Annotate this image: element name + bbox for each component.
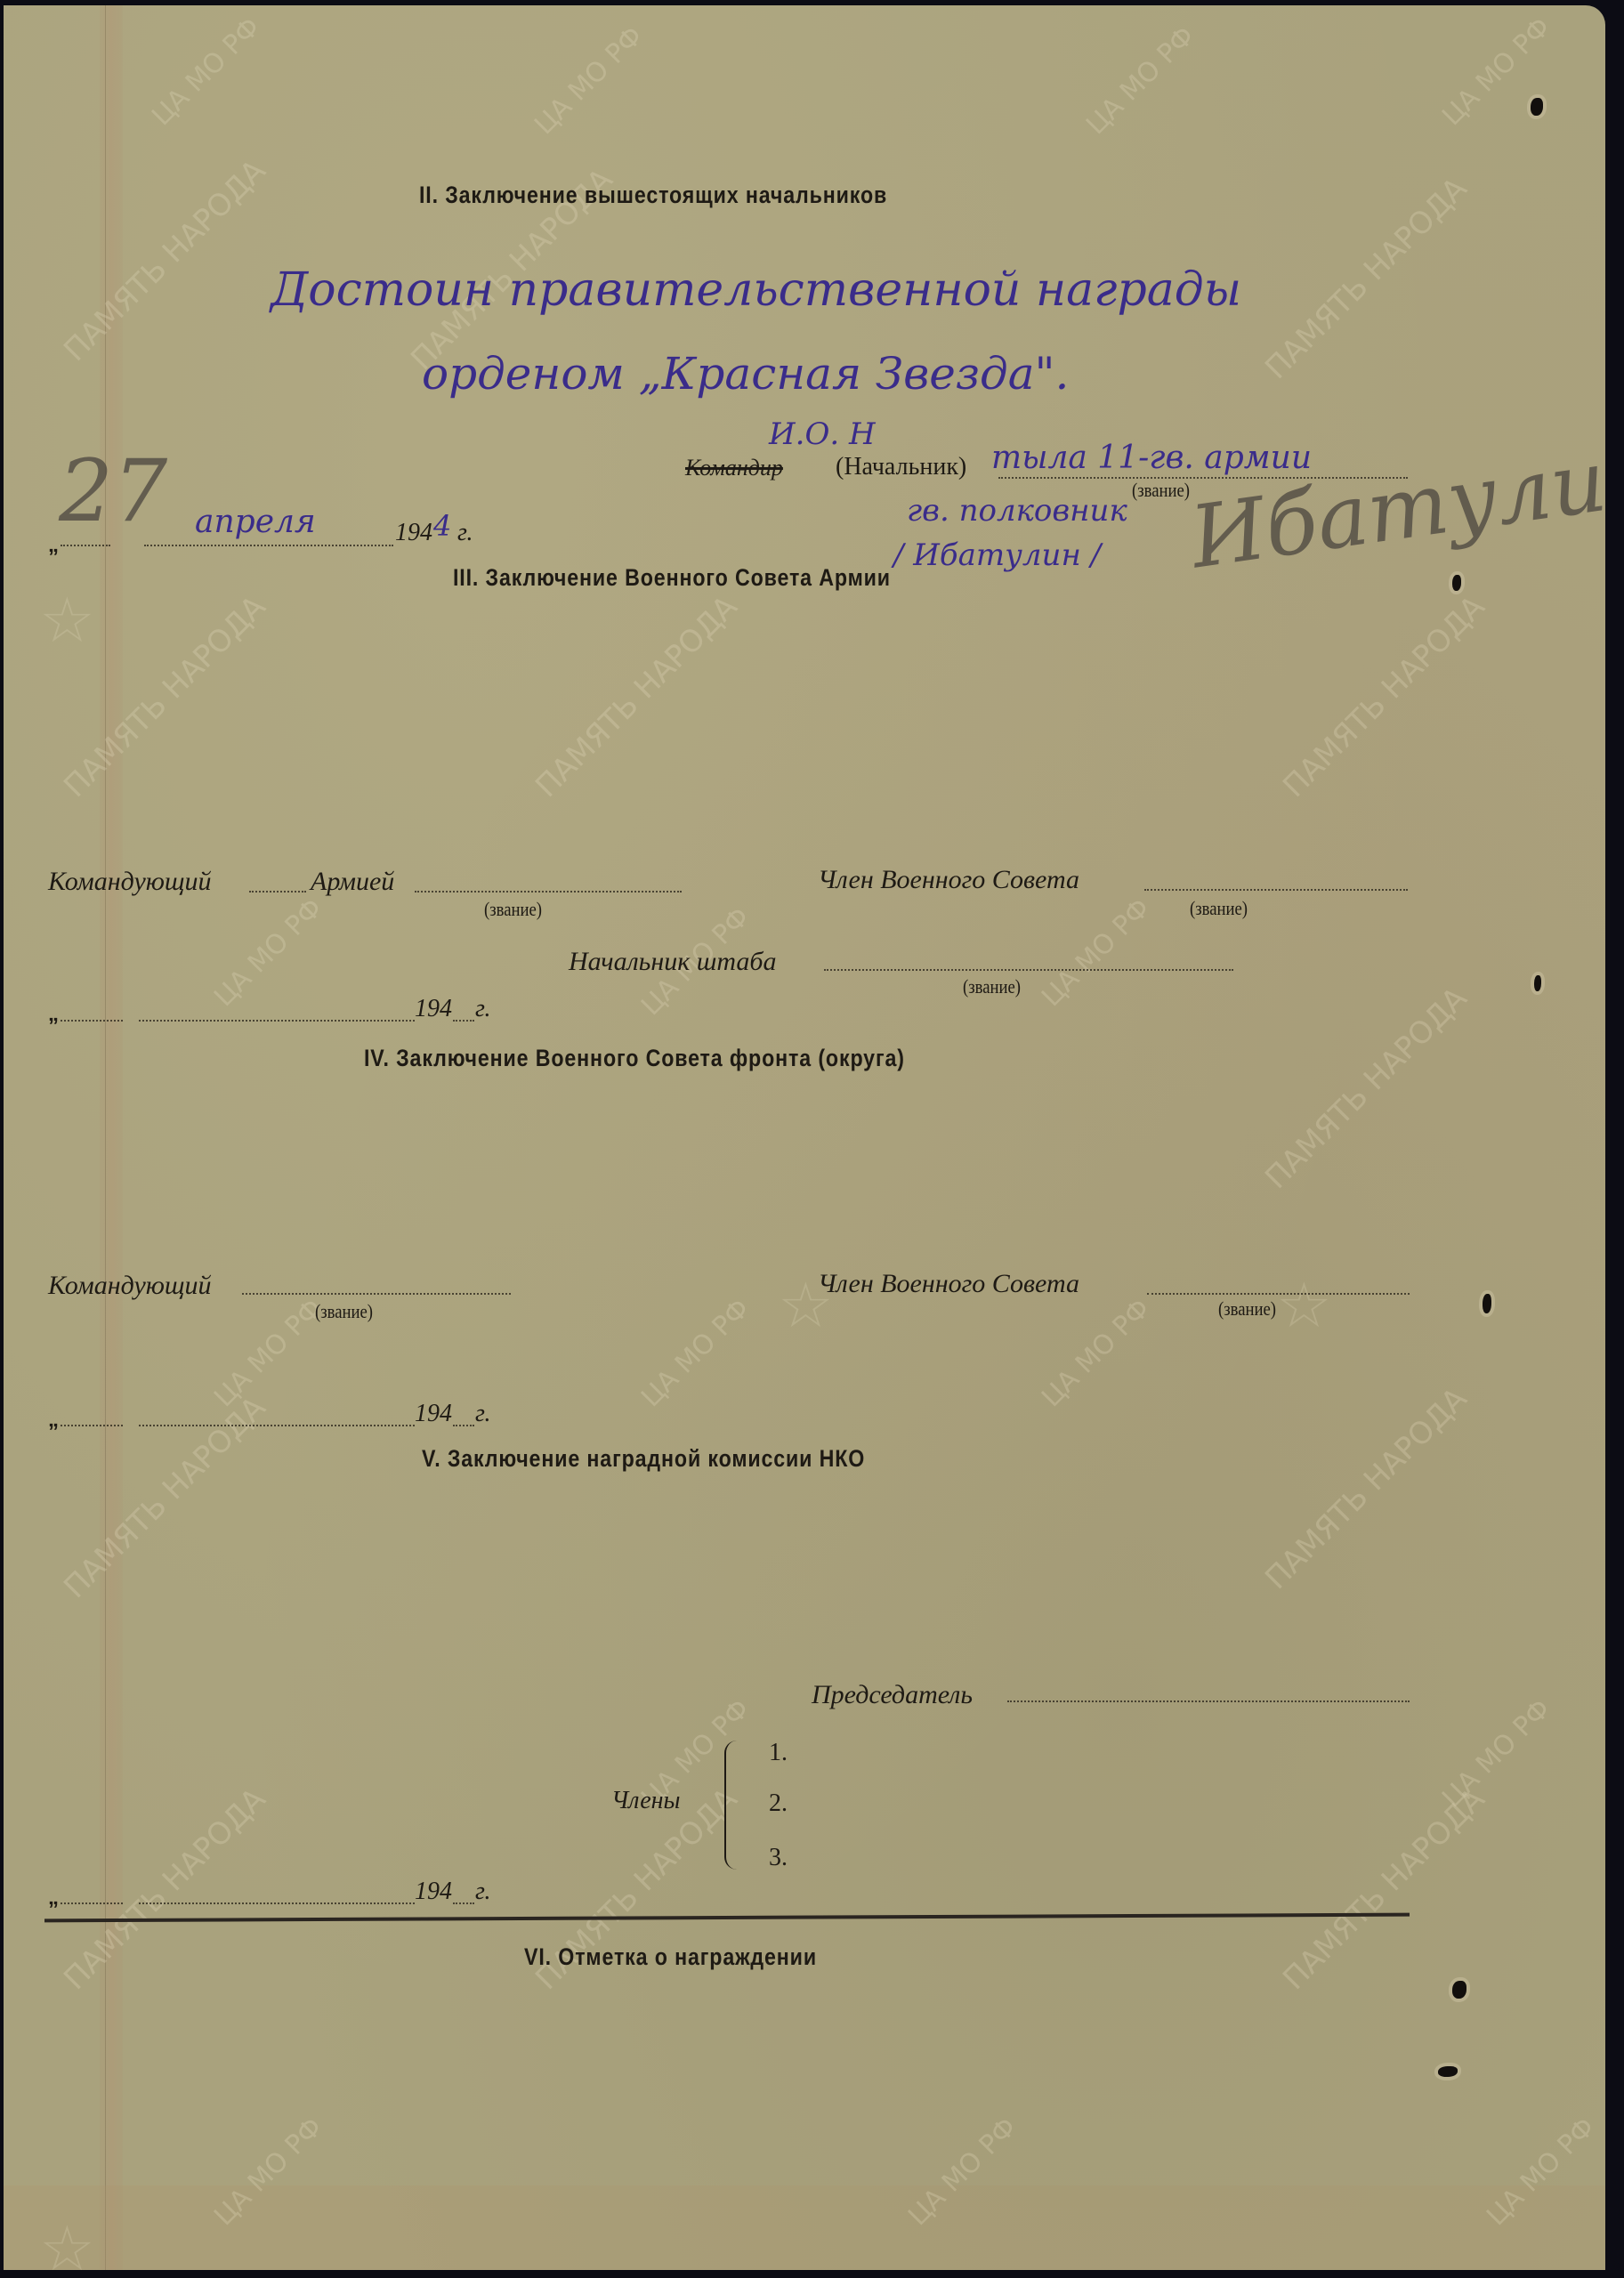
punch-hole (1452, 1981, 1466, 1999)
watermark: ЦА МО РФ (210, 1295, 327, 1412)
date-day-line (61, 1020, 123, 1022)
section-divider-rule (44, 1913, 1410, 1923)
chairman-line (1007, 1700, 1410, 1702)
date-year-prefix: 194 (415, 995, 452, 1023)
date-year-prefix: 194 (415, 1400, 452, 1428)
army-commander-line-a (249, 891, 306, 893)
date-day-line (61, 1425, 123, 1426)
handwritten-name: / Ибатулин / (893, 537, 1101, 573)
paper-fold (100, 5, 123, 2270)
paper-stain-band (4, 2185, 1605, 2270)
front-council-member-line (1147, 1293, 1410, 1295)
army-council-member-label: Член Военного Совета (818, 865, 1079, 895)
date-year-line (453, 1902, 474, 1904)
watermark: ЦА МО РФ (210, 894, 327, 1012)
watermark: ПАМЯТЬ НАРОДА (1278, 1783, 1490, 1995)
section-2-heading: II. Заключение вышестоящих начальников (419, 182, 887, 209)
handwritten-rank: гв. полковник (907, 493, 1127, 529)
date-year-prefix: 194 (415, 1878, 452, 1906)
pencil-date-day: 27 (59, 441, 167, 541)
watermark: ПАМЯТЬ НАРОДА (1260, 982, 1472, 1194)
chief-of-staff-line (824, 969, 1233, 971)
signatory-printed-label: (Начальник) (836, 453, 966, 481)
front-council-member-rank-caption: (звание) (1218, 1297, 1276, 1321)
member-1-number: 1. (769, 1739, 788, 1767)
army-commander-label: Командующий (48, 867, 212, 897)
punch-hole (1483, 1294, 1491, 1313)
star-watermark-icon: ☆ (39, 584, 95, 657)
date-day-line (61, 545, 110, 546)
members-brace (724, 1741, 744, 1870)
chief-of-staff-rank-caption: (звание) (963, 975, 1021, 998)
date-quote: „ (48, 533, 59, 558)
front-council-member-label: Член Военного Совета (818, 1269, 1079, 1299)
members-label: Члены (611, 1787, 680, 1815)
section-4-heading: IV. Заключение Военного Совета фронта (о… (364, 1045, 905, 1072)
star-watermark-icon: ☆ (1276, 1269, 1332, 1342)
date-quote: „ (48, 1886, 59, 1910)
section-3-heading: III. Заключение Военного Совета Армии (453, 564, 891, 592)
signatory-printed-struck: Командир (685, 455, 783, 481)
watermark: ПАМЯТЬ НАРОДА (1260, 1383, 1472, 1595)
punch-hole (1452, 575, 1461, 591)
handwritten-conclusion-line2: орденом „Красная Звезда". (422, 348, 1069, 400)
army-commander-label2: Армией (311, 867, 394, 897)
date-year-line (453, 1020, 474, 1022)
date-month-line (139, 1020, 415, 1022)
watermark: ПАМЯТЬ НАРОДА (59, 1392, 271, 1603)
handwritten-conclusion-line1: Достоин правительственной награды (271, 263, 1241, 317)
watermark: ПАМЯТЬ НАРОДА (59, 1783, 271, 1995)
date-month-line (144, 545, 393, 546)
date-month-line (139, 1902, 415, 1904)
front-commander-label: Командующий (48, 1271, 212, 1301)
star-watermark-icon: ☆ (39, 2212, 95, 2270)
date-month-line (139, 1425, 415, 1426)
punch-hole (1534, 975, 1541, 991)
date-year-line (453, 1425, 474, 1426)
award-sheet-page: ЦА МО РФ ЦА МО РФ ЦА МО РФ ЦА МО РФ ПАМЯ… (4, 5, 1605, 2270)
watermark: ПАМЯТЬ НАРОДА (530, 591, 742, 803)
watermark: ЦА МО РФ (637, 1295, 755, 1412)
handwritten-signatory-post: тыла 11-гв. армии (991, 440, 1312, 476)
member-2-number: 2. (769, 1789, 788, 1818)
watermark: ЦА МО РФ (148, 13, 265, 131)
date-quote: „ (48, 1408, 59, 1433)
army-commander-rank-caption: (звание) (484, 898, 542, 921)
watermark: ЦА МО РФ (1038, 894, 1155, 1012)
date-suffix: г. (475, 1878, 491, 1906)
watermark: ЦА МО РФ (530, 22, 648, 140)
chairman-label: Председатель (812, 1680, 973, 1710)
section-5-heading: V. Заключение наградной комиссии НКО (422, 1445, 865, 1473)
date-year-prefix: 194 (395, 519, 432, 547)
watermark: ЦА МО РФ (1082, 22, 1200, 140)
section-6-heading: VI. Отметка о награждении (524, 1943, 817, 1971)
fold-crease (105, 5, 106, 2270)
watermark: ЦА МО РФ (1038, 1295, 1155, 1412)
punch-hole (1438, 2066, 1458, 2077)
watermark: ПАМЯТЬ НАРОДА (59, 155, 271, 367)
date-day-line (61, 1902, 123, 1904)
army-council-member-line (1144, 889, 1408, 891)
date-suffix: г. (475, 1400, 491, 1428)
punch-hole (1531, 98, 1543, 116)
army-council-member-rank-caption: (звание) (1190, 897, 1248, 920)
chief-of-staff-label: Начальник штаба (569, 947, 777, 977)
date-suffix: г. (457, 519, 473, 547)
watermark: ЦА МО РФ (1438, 1695, 1555, 1813)
date-quote: „ (48, 1002, 59, 1027)
front-commander-rank-caption: (звание) (315, 1300, 373, 1323)
watermark: ПАМЯТЬ НАРОДА (1260, 173, 1472, 384)
handwritten-date-month: апреля (195, 504, 316, 540)
watermark: ПАМЯТЬ НАРОДА (1278, 591, 1490, 803)
rank-caption: (звание) (1132, 479, 1190, 502)
handwritten-year-digit: 4 (433, 509, 451, 543)
date-suffix: г. (475, 995, 491, 1023)
front-commander-line (242, 1293, 511, 1295)
member-3-number: 3. (769, 1844, 788, 1872)
handwritten-acting-prefix: И.О. Н (769, 416, 876, 452)
army-commander-line-b (415, 891, 682, 893)
